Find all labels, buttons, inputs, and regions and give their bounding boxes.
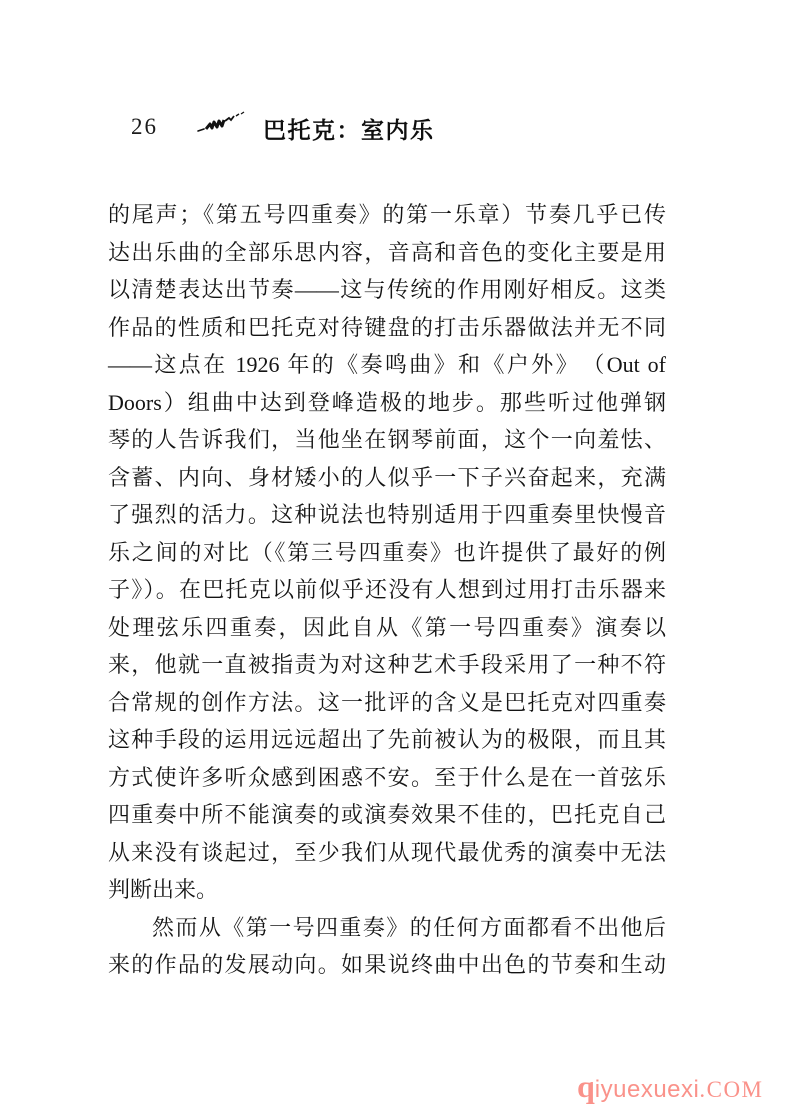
watermark-site-name: iyuexuexi <box>595 1076 700 1103</box>
text-line: 了强烈的活力。这种说法也特别适用于四重奏里快慢音 <box>108 496 666 534</box>
text-line: 子》）。在巴托克以前似乎还没有人想到过用打击乐器来 <box>108 571 666 609</box>
text-line: 以清楚表达出节奏——这与传统的作用刚好相反。这类 <box>108 271 666 309</box>
text-line: 处理弦乐四重奏，因此自从《第一号四重奏》演奏以 <box>108 609 666 647</box>
pen-scribble-icon <box>196 110 246 136</box>
text-line: 达出乐曲的全部乐思内容，音高和音色的变化主要是用 <box>108 234 666 272</box>
text-line: 四重奏中所不能演奏的或演奏效果不佳的，巴托克自己 <box>108 796 666 834</box>
page-number: 26 <box>131 114 158 140</box>
text-line: 从来没有谈起过，至少我们从现代最优秀的演奏中无法 <box>108 834 666 872</box>
text-line: 合常规的创作方法。这一批评的含义是巴托克对四重奏 <box>108 684 666 722</box>
running-title: 巴托克：室内乐 <box>263 112 435 145</box>
watermark: qiyuexuexi.COM <box>577 1068 764 1105</box>
text-line: 来的作品的发展动向。如果说终曲中出色的节奏和生动 <box>108 946 666 984</box>
book-page: 26 巴托克：室内乐 的尾声；《第五号四重奏》的第一乐章）节奏几乎已传达出乐曲的… <box>0 0 794 1120</box>
text-line: 方式使许多听众感到困惑不安。至于什么是在一首弦乐 <box>108 759 666 797</box>
watermark-letter-q: q <box>577 1068 595 1104</box>
text-line: 乐之间的对比（《第三号四重奏》也许提供了最好的例 <box>108 534 666 572</box>
body-text: 的尾声；《第五号四重奏》的第一乐章）节奏几乎已传达出乐曲的全部乐思内容，音高和音… <box>108 196 666 984</box>
text-line: 琴的人告诉我们，当他坐在钢琴前面，这个一向羞怯、 <box>108 421 666 459</box>
text-line: 含蓄、内向、身材矮小的人似乎一下子兴奋起来，充满 <box>108 459 666 497</box>
text-line: 的尾声；《第五号四重奏》的第一乐章）节奏几乎已传 <box>108 196 666 234</box>
text-line: 这种手段的运用远远超出了先前被认为的极限，而且其 <box>108 721 666 759</box>
text-line: Doors）组曲中达到登峰造极的地步。那些听过他弹钢 <box>108 384 666 422</box>
watermark-domain-suffix: .COM <box>699 1077 763 1102</box>
text-line: 判断出来。 <box>108 871 666 909</box>
text-line: 然而从《第一号四重奏》的任何方面都看不出他后 <box>108 909 666 947</box>
text-line: ——这点在 1926 年的《奏鸣曲》和《户外》 （Out of <box>108 346 666 384</box>
text-line: 来，他就一直被指责为对这种艺术手段采用了一种不符 <box>108 646 666 684</box>
text-line: 作品的性质和巴托克对待键盘的打击乐器做法并无不同 <box>108 309 666 347</box>
